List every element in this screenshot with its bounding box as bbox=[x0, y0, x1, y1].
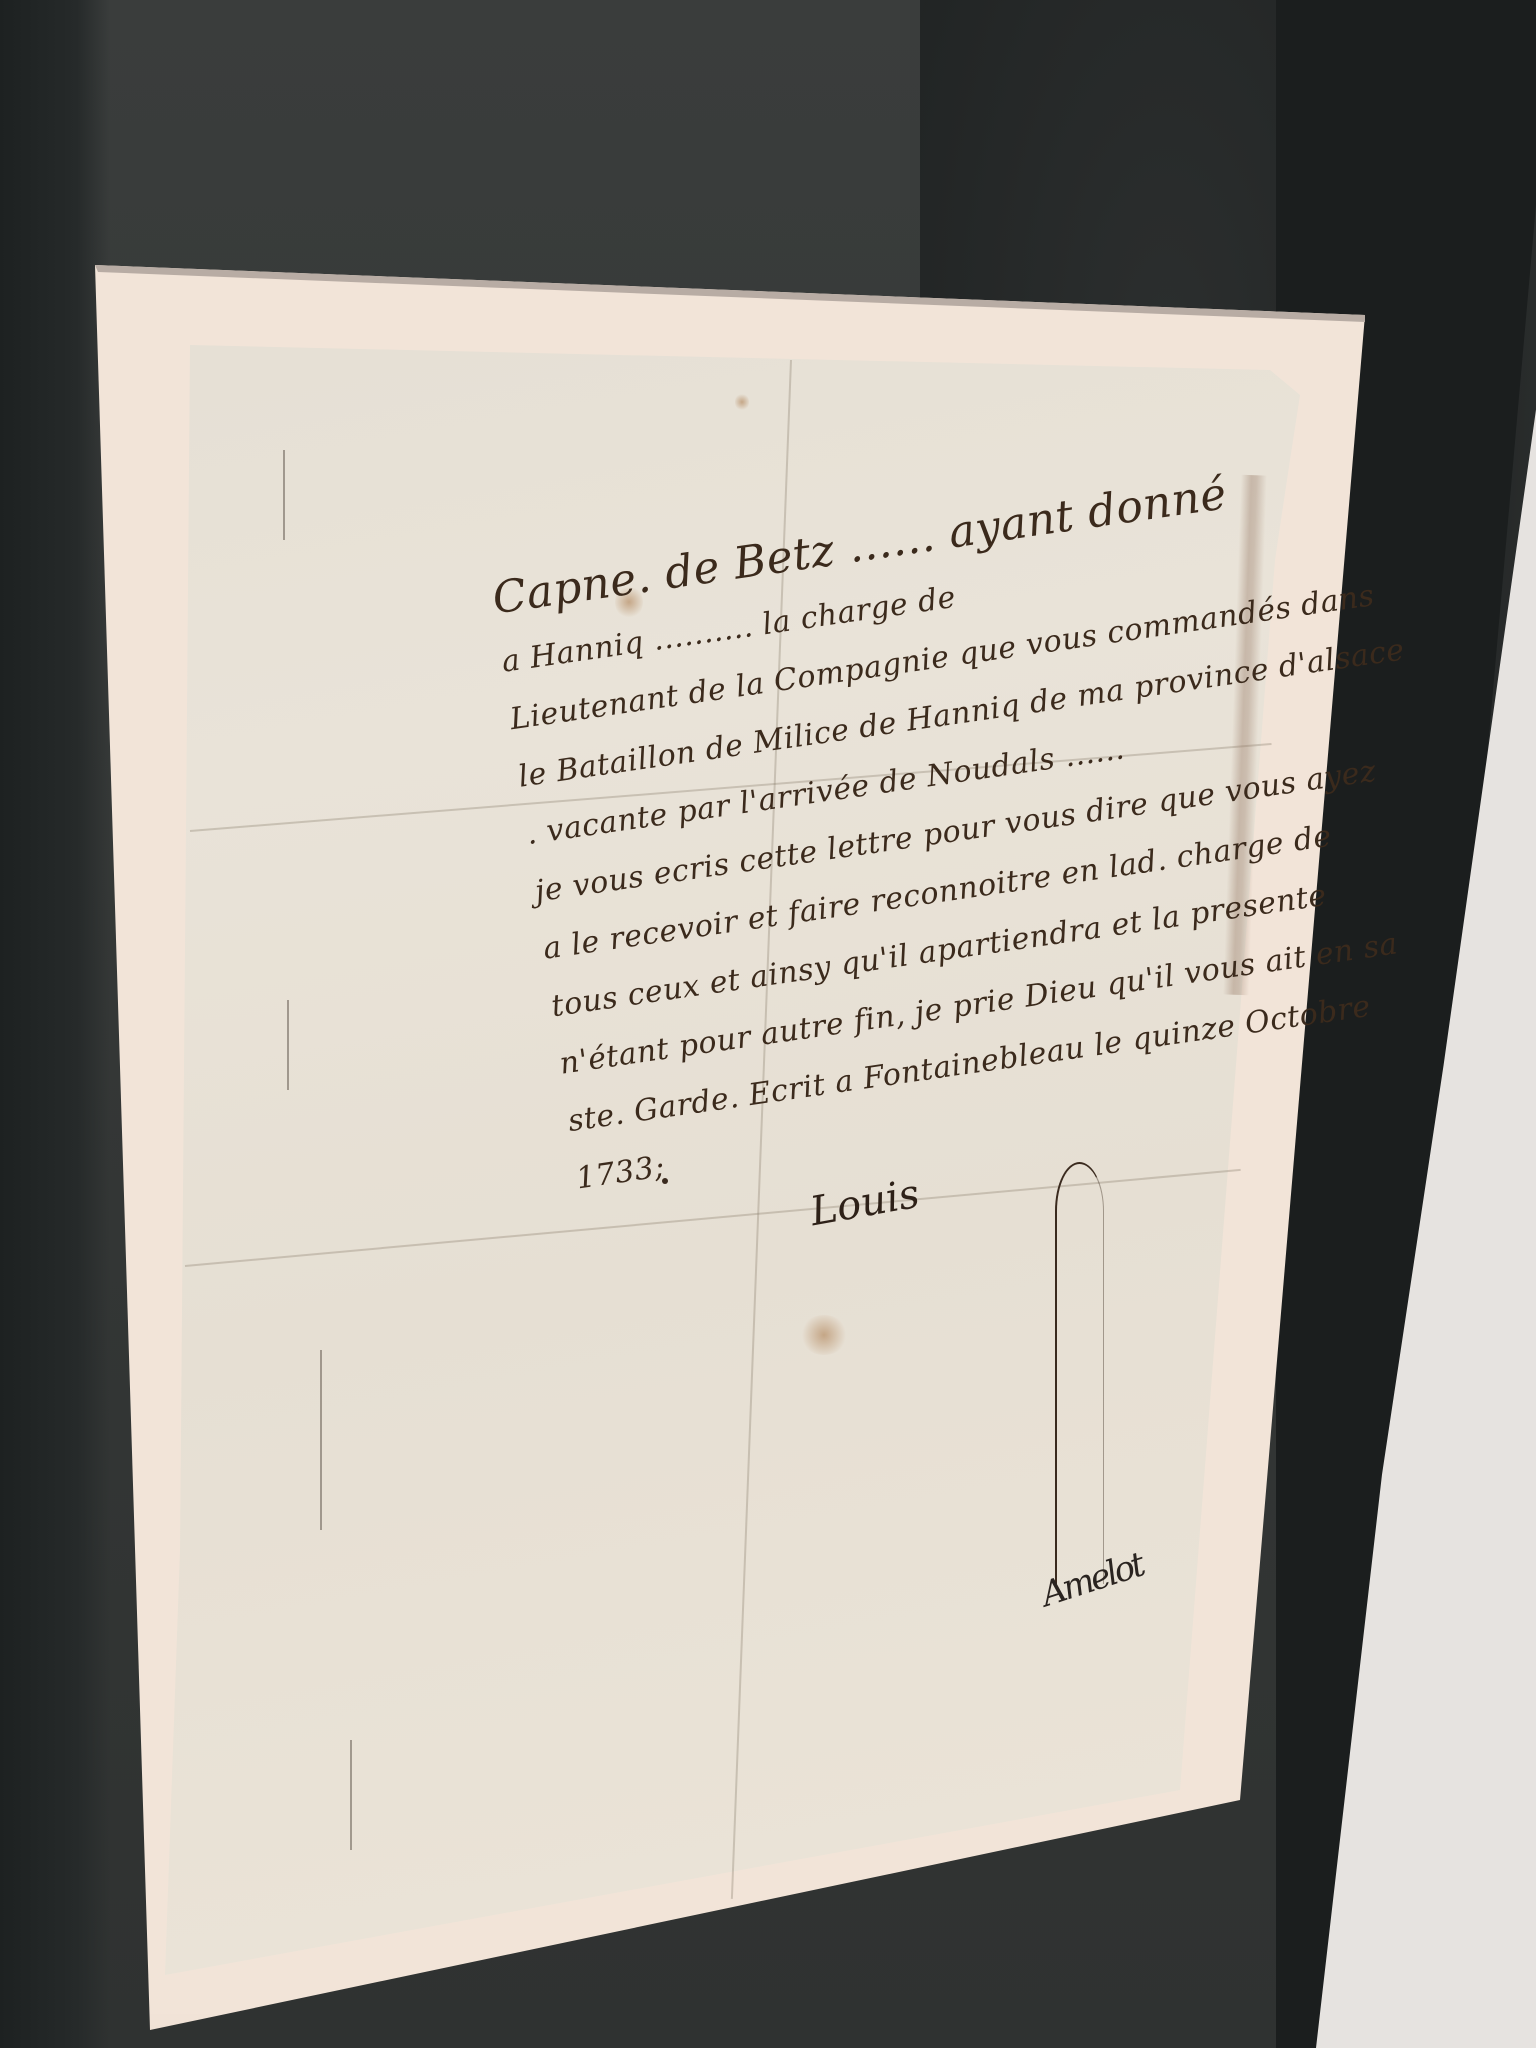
manuscript-text: Capne. de Betz ...... ayant donné a Hann… bbox=[488, 454, 1353, 1209]
ink-stain bbox=[800, 1315, 848, 1355]
ink-stain bbox=[735, 393, 749, 411]
pen-flourish bbox=[1055, 1162, 1104, 1584]
pin-slit bbox=[287, 1000, 289, 1090]
ink-dot bbox=[662, 1178, 668, 1184]
photo-scene: Capne. de Betz ...... ayant donné a Hann… bbox=[0, 0, 1536, 2048]
pin-slit bbox=[283, 450, 285, 540]
pin-slit bbox=[320, 1350, 322, 1530]
pin-slit bbox=[350, 1740, 352, 1850]
glass-reflection-left bbox=[0, 0, 110, 2048]
